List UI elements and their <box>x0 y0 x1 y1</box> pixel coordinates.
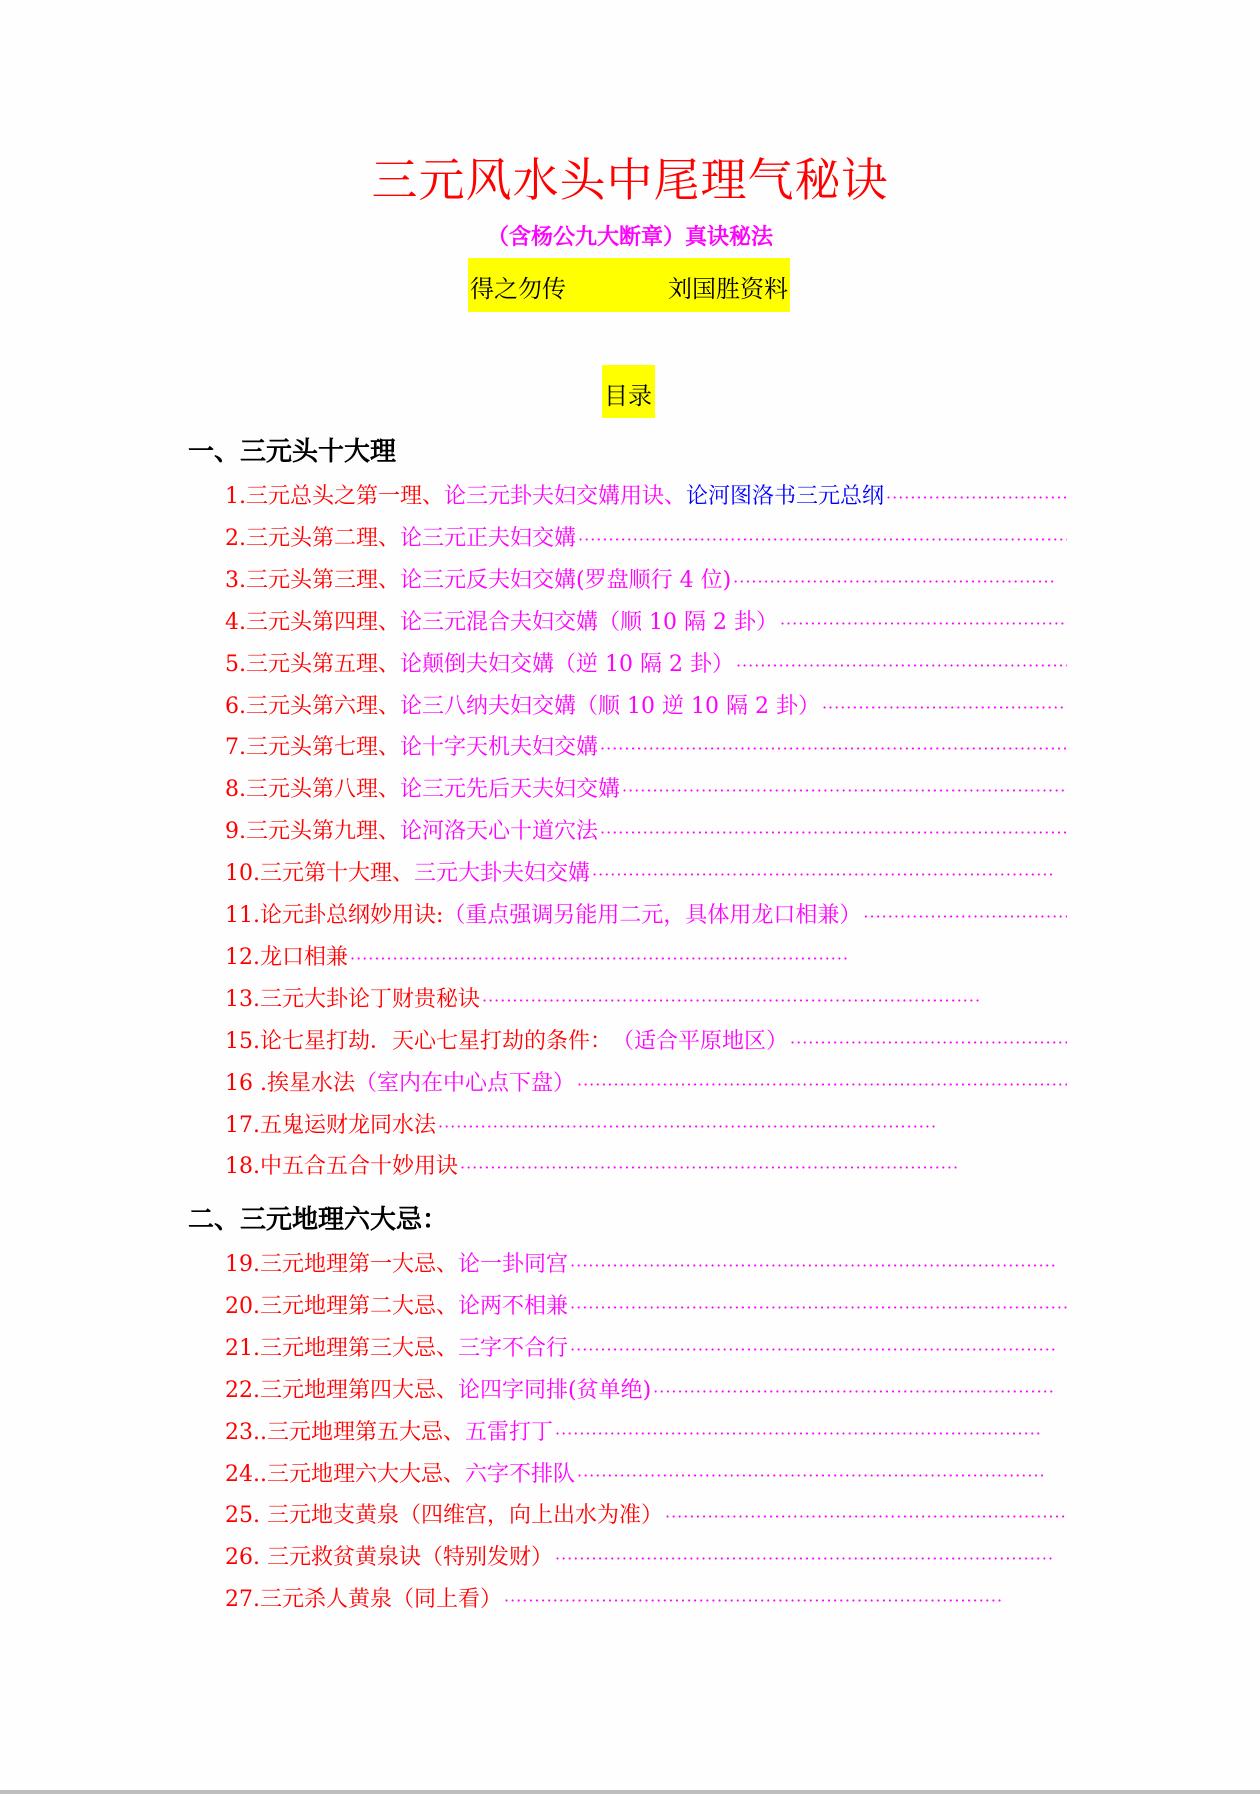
toc-entry-text: 7.三元头第七理、 <box>225 731 400 765</box>
toc-entry-text: 论两不相兼 <box>458 1290 568 1324</box>
toc-entry-text: 12.龙口相兼 <box>225 941 348 975</box>
toc-entry-text: 论河洛天心十道穴法 <box>400 815 598 849</box>
document-title: 三元风水头中尾理气秘诀 <box>0 150 1260 210</box>
dot-leader: ········································… <box>790 1026 1067 1059</box>
dot-leader: ········································… <box>886 481 1067 514</box>
toc-entry-text: 6.三元头第六理、 <box>225 690 400 724</box>
toc-entry-text: 三字不合行 <box>458 1332 568 1366</box>
toc-entry-text: 4.三元头第四理、 <box>225 606 400 640</box>
toc-entry[interactable]: 4.三元头第四理、论三元混合夫妇交媾（顺 10 隔 2 卦）··········… <box>225 606 1067 640</box>
toc-entry[interactable]: 20.三元地理第二大忌、论两不相兼 ······················… <box>225 1290 1067 1324</box>
dot-leader: ········································… <box>555 1417 1043 1450</box>
toc-entry[interactable]: 10.三元第十大理、三元大卦夫妇交媾······················… <box>225 857 1055 891</box>
toc-entry-text: 20.三元地理第二大忌、 <box>225 1290 458 1324</box>
toc-entry-text: 论三八纳夫妇交媾（顺 10 逆 10 隔 2 卦） <box>400 690 820 724</box>
toc-entry[interactable]: 21.三元地理第三大忌、三字不合行·······················… <box>225 1332 1055 1366</box>
toc-entry-text: 六字不排队 <box>465 1458 575 1492</box>
dot-leader: ········································… <box>592 858 1055 891</box>
dot-leader: ········································… <box>577 1068 1067 1101</box>
toc-entry[interactable]: 7.三元头第七理、论十字天机夫妇交媾······················… <box>225 731 1067 765</box>
dot-leader: ········································… <box>653 1375 1055 1408</box>
dot-leader: ········································… <box>350 942 1055 975</box>
toc-entry-text: 论三元卦夫妇交媾用诀、 <box>444 480 686 514</box>
toc-entry-text: 11.论元卦总纲妙用诀: <box>225 899 443 933</box>
toc-entry[interactable]: 13.三元大卦论丁财贵秘诀···························… <box>225 983 1055 1017</box>
toc-entry-text: （重点强调另能用二元，具体用龙口相兼） <box>443 899 861 933</box>
toc-entry[interactable]: 19.三元地理第一大忌、论一卦同宫·······················… <box>225 1248 1055 1282</box>
toc-entry-text: 论颠倒夫妇交媾（逆 10 隔 2 卦） <box>400 648 734 682</box>
document-subtitle: （含杨公九大断章）真诀秘法 <box>0 222 1260 254</box>
toc-entry-text: 21.三元地理第三大忌、 <box>225 1332 458 1366</box>
toc-entry[interactable]: 3.三元头第三理、论三元反夫妇交媾(罗盘顺行 4 位) ············… <box>225 564 1055 598</box>
dot-leader: ········································… <box>438 1110 1055 1143</box>
toc-entry[interactable]: 2.三元头第二理、论三元正夫妇交媾·······················… <box>225 522 1067 556</box>
toc-entry-text: 五雷打丁 <box>465 1416 553 1450</box>
toc-entry-text: 论三元先后天夫妇交媾 <box>400 773 620 807</box>
toc-entry[interactable]: 8.三元头第八理、论三元先后天夫妇交媾·····················… <box>225 773 1067 807</box>
dot-leader: ········································… <box>822 691 1067 724</box>
toc-entry-text: 23..三元地理第五大忌、 <box>225 1416 465 1450</box>
toc-entry-text: 论一卦同宫 <box>458 1248 568 1282</box>
dot-leader: ········································… <box>570 1249 1055 1282</box>
toc-entry[interactable]: 6.三元头第六理、论三八纳夫妇交媾（顺 10 逆 10 隔 2 卦）······… <box>225 690 1067 724</box>
toc-entry[interactable]: 15.论七星打劫．天心七星打劫的条件：（适合平原地区）·············… <box>225 1025 1067 1059</box>
toc-entry[interactable]: 27.三元杀人黄泉（同上看）··························… <box>225 1583 1055 1617</box>
toc-entry-text: 5.三元头第五理、 <box>225 648 400 682</box>
toc-label: 目录 <box>604 381 652 411</box>
dot-leader: ········································… <box>736 649 1067 682</box>
toc-entry[interactable]: 9.三元头第九理、论河洛天心十道穴法······················… <box>225 815 1067 849</box>
toc-entry-text: （适合平原地区） <box>612 1025 788 1059</box>
dot-leader: ········································… <box>600 732 1067 765</box>
toc-entry-text: 论三元反夫妇交媾(罗盘顺行 4 位) <box>400 564 731 598</box>
section-heading-1: 一、三元头十大理 <box>188 435 396 469</box>
dot-leader: ········································… <box>578 523 1067 556</box>
toc-entry-text: 论三元正夫妇交媾 <box>400 522 576 556</box>
dot-leader: ········································… <box>460 1151 1055 1184</box>
page-boundary <box>0 1790 1260 1794</box>
toc-entry-text: 25. 三元地支黄泉（四维宫，向上出水为准） <box>225 1499 663 1533</box>
toc-entry-text: 论河图洛书三元总纲 <box>686 480 884 514</box>
toc-entry-text: 22.三元地理第四大忌、 <box>225 1374 458 1408</box>
toc-entry[interactable]: 26. 三元救贫黄泉诀（特别发财）·······················… <box>225 1541 1067 1575</box>
toc-entry-text: 24..三元地理六大大忌、 <box>225 1458 465 1492</box>
toc-entry-text: 10.三元第十大理、 <box>225 857 414 891</box>
document-page: 三元风水头中尾理气秘诀 （含杨公九大断章）真诀秘法 得之勿传 刘国胜资料 目录 … <box>0 0 1260 1790</box>
toc-entry-text: 8.三元头第八理、 <box>225 773 400 807</box>
dot-leader: ········································… <box>577 1459 1043 1492</box>
toc-entry-text: 17.五鬼运财龙同水法 <box>225 1109 436 1143</box>
toc-entry-text: 9.三元头第九理、 <box>225 815 400 849</box>
toc-entry-text: 论三元混合夫妇交媾（顺 10 隔 2 卦） <box>400 606 778 640</box>
toc-entry-text: 13.三元大卦论丁财贵秘诀 <box>225 983 480 1017</box>
dot-leader: ········································… <box>570 1291 1067 1324</box>
dot-leader: ········································… <box>504 1584 1055 1617</box>
toc-entry[interactable]: 25. 三元地支黄泉（四维宫，向上出水为准）··················… <box>225 1499 1067 1533</box>
dot-leader: ········································… <box>570 1333 1055 1366</box>
toc-entry-text: 16 .挨星水法 <box>225 1067 355 1101</box>
toc-entry-text: 论四字同排(贫单绝) <box>458 1374 651 1408</box>
toc-entry-text: 18.中五合五合十妙用诀 <box>225 1150 458 1184</box>
toc-entry[interactable]: 17.五鬼运财龙同水法·····························… <box>225 1109 1055 1143</box>
toc-entry-text: 2.三元头第二理、 <box>225 522 400 556</box>
toc-entry-text: 1.三元总头之第一理、 <box>225 480 444 514</box>
toc-entry[interactable]: 23..三元地理第五大忌、五雷打丁·······················… <box>225 1416 1043 1450</box>
toc-entry[interactable]: 11.论元卦总纲妙用诀:（重点强调另能用二元，具体用龙口相兼）·········… <box>225 899 1067 933</box>
attribution-note: 得之勿传 <box>470 274 566 304</box>
toc-entry-text: 19.三元地理第一大忌、 <box>225 1248 458 1282</box>
dot-leader: ········································… <box>600 816 1067 849</box>
toc-entry-text: 3.三元头第三理、 <box>225 564 400 598</box>
toc-entry-text: 论十字天机夫妇交媾 <box>400 731 598 765</box>
toc-entry-text: 15.论七星打劫．天心七星打劫的条件： <box>225 1025 612 1059</box>
dot-leader: ········································… <box>555 1542 1067 1575</box>
toc-entry[interactable]: 12.龙口相兼·································… <box>225 941 1055 975</box>
dot-leader: ········································… <box>622 774 1067 807</box>
toc-entry-text: 三元大卦夫妇交媾 <box>414 857 590 891</box>
dot-leader: ········································… <box>733 565 1055 598</box>
toc-entry-text: 26. 三元救贫黄泉诀（特别发财） <box>225 1541 553 1575</box>
toc-label-highlight: 目录 <box>602 365 655 418</box>
toc-entry-text: 27.三元杀人黄泉（同上看） <box>225 1583 502 1617</box>
dot-leader: ········································… <box>863 900 1067 933</box>
toc-entry[interactable]: 18.中五合五合十妙用诀····························… <box>225 1150 1055 1184</box>
toc-entry[interactable]: 1.三元总头之第一理、论三元卦夫妇交媾用诀、论河图洛书三元总纲·········… <box>225 480 1067 514</box>
toc-entry[interactable]: 5.三元头第五理、论颠倒夫妇交媾（逆 10 隔 2 卦）············… <box>225 648 1067 682</box>
toc-entry[interactable]: 16 .挨星水法（室内在中心点下盘）······················… <box>225 1067 1067 1101</box>
dot-leader: ········································… <box>482 984 1055 1017</box>
toc-entry-text: （室内在中心点下盘） <box>355 1067 575 1101</box>
attribution-source: 刘国胜资料 <box>668 274 788 304</box>
dot-leader: ········································… <box>780 607 1067 640</box>
toc-entry[interactable]: 24..三元地理六大大忌、六字不排队······················… <box>225 1458 1043 1492</box>
dot-leader: ········································… <box>665 1500 1067 1533</box>
attribution-highlight: 得之勿传 刘国胜资料 <box>468 258 790 312</box>
toc-entry[interactable]: 22.三元地理第四大忌、论四字同排(贫单绝)··················… <box>225 1374 1055 1408</box>
section-heading-2: 二、三元地理六大忌： <box>188 1203 448 1237</box>
